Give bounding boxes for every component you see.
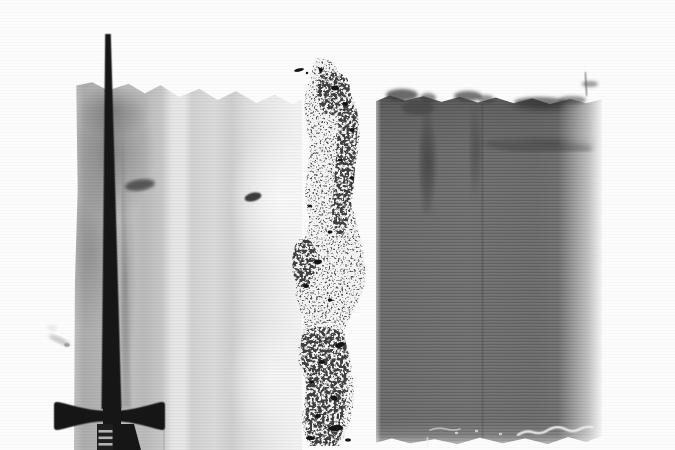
sword-silhouette	[54, 34, 165, 450]
dark-bean-mark	[244, 191, 263, 203]
sword-grip-notches	[99, 430, 113, 446]
speckle-band	[292, 58, 366, 446]
sword-blade	[102, 34, 122, 409]
artwork-svg	[0, 0, 675, 450]
sword-grip-wedge	[113, 424, 141, 450]
block-inner-streaks	[402, 101, 591, 438]
dark-smudge-horizontal	[124, 177, 155, 192]
wash-brush-lines	[164, 64, 282, 450]
block-top-tick	[585, 72, 587, 96]
block-white-scuffs	[427, 427, 592, 448]
faint-diagonal-mark	[47, 325, 70, 347]
sword-blade-shadow	[122, 120, 131, 408]
artwork-canvas	[0, 0, 675, 450]
